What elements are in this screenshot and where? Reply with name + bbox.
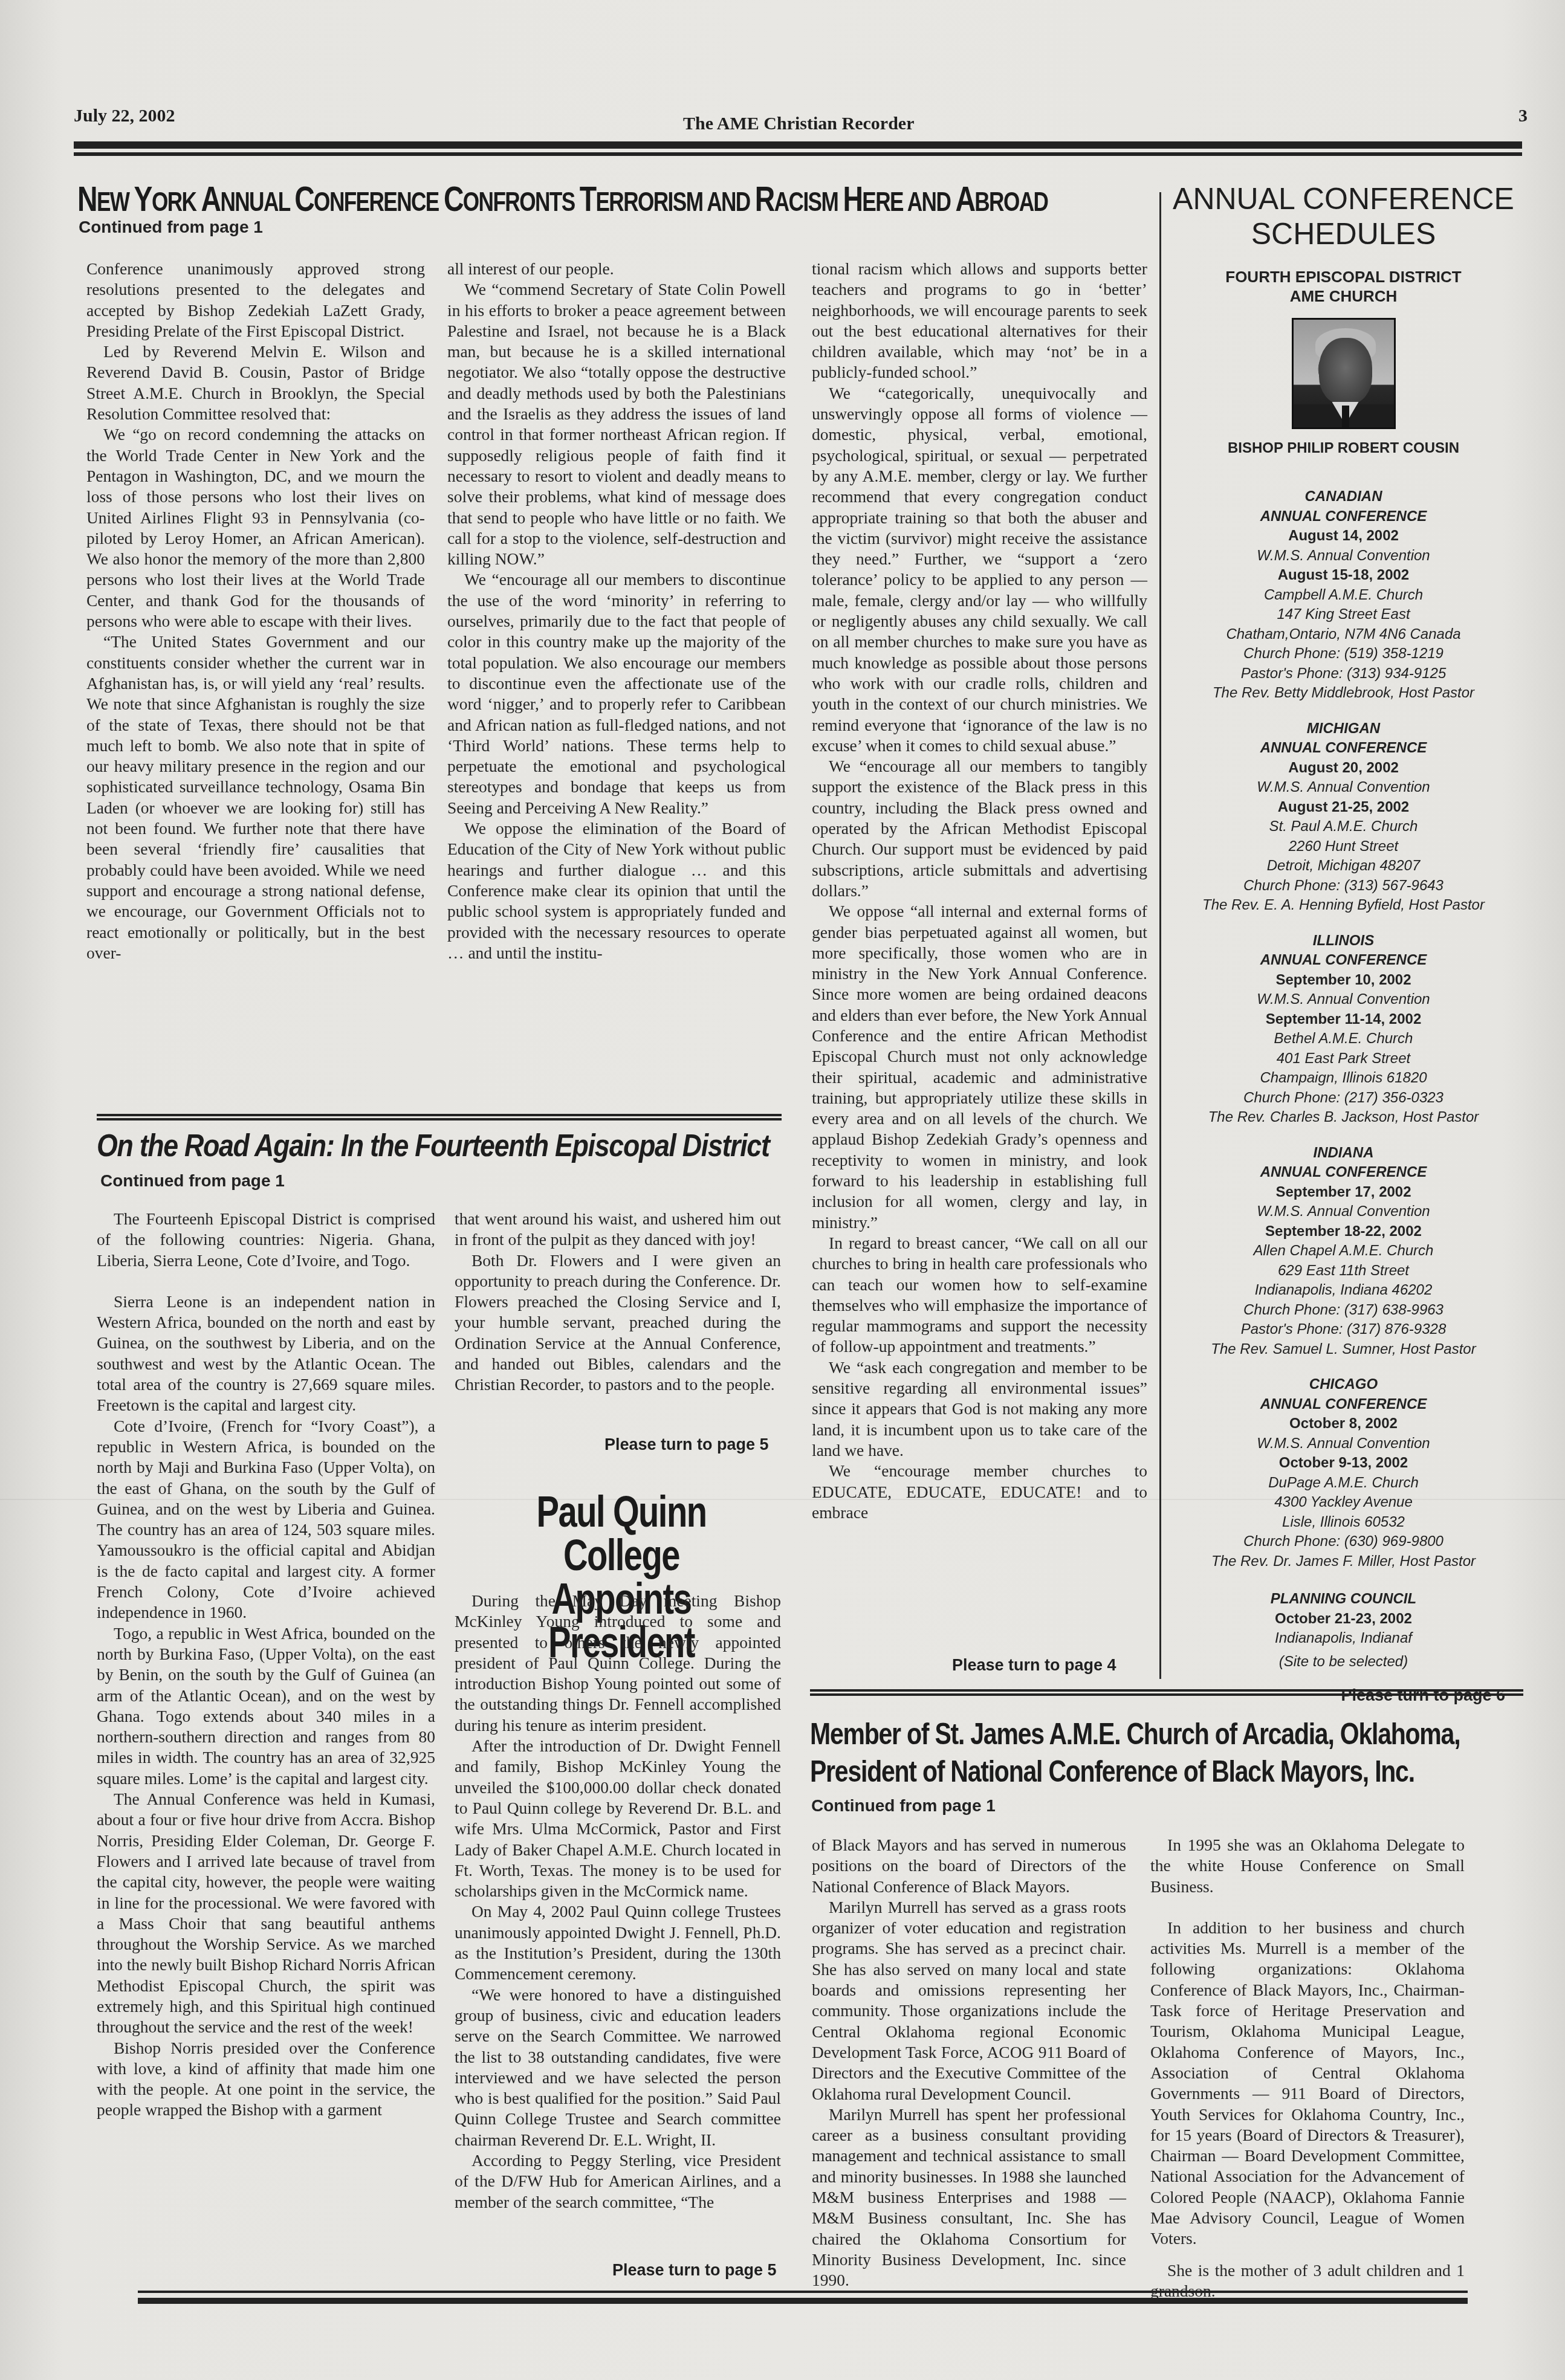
section-rule-mayor [810, 1689, 1523, 1696]
mayor-article-col-1: of Black Mayors and has served in numero… [812, 1835, 1126, 2291]
road-article-col-1: The Fourteenh Episcopal District is comp… [97, 1209, 435, 2121]
bishop-caption: BISHOP PHILIP ROBERT COUSIN [1170, 440, 1517, 457]
mayor-headline: Member of St. James A.M.E. Church of Arc… [810, 1715, 1460, 1790]
publication-name: The AME Christian Recorder [683, 114, 914, 134]
main-article-col-3: tional racism which allows and supports … [812, 259, 1147, 1523]
conference-indiana: INDIANA ANNUAL CONFERENCE September 17, … [1170, 1143, 1517, 1360]
main-headline: NEW YORK ANNUAL CONFERENCE CONFRONTS TER… [77, 179, 938, 219]
main-article-col-1: Conference unanimously approved strong r… [86, 259, 425, 963]
conference-illinois: ILLINOIS ANNUAL CONFERENCE September 10,… [1170, 931, 1517, 1128]
main-turn-page-link[interactable]: Please turn to page 4 [952, 1656, 1116, 1675]
bishop-photo [1292, 318, 1396, 429]
paul-quinn-turn-page-link[interactable]: Please turn to page 5 [612, 2261, 777, 2280]
page-number: 3 [1518, 106, 1528, 126]
mayor-article-col-2: In 1995 she was an Oklahoma Delegate to … [1150, 1835, 1465, 2301]
road-article-col-2: that went around his waist, and ushered … [455, 1209, 781, 1395]
newspaper-page: July 22, 2002 The AME Christian Recorder… [0, 0, 1565, 2380]
issue-date: July 22, 2002 [74, 106, 175, 126]
schedules-title: ANNUAL CONFERENCE SCHEDULES [1170, 181, 1517, 251]
schedule-column-divider [1159, 192, 1161, 1679]
masthead-rule [74, 141, 1522, 160]
road-turn-page-link[interactable]: Please turn to page 5 [604, 1435, 769, 1454]
conference-canadian: CANADIAN ANNUAL CONFERENCE August 14, 20… [1170, 487, 1517, 703]
section-rule-road [97, 1114, 782, 1121]
conference-michigan: MICHIGAN ANNUAL CONFERENCE August 20, 20… [1170, 719, 1517, 916]
planning-council: PLANNING COUNCIL October 21-23, 2002 Ind… [1170, 1589, 1517, 1672]
mayor-continued-label: Continued from page 1 [811, 1796, 996, 1816]
conference-chicago: CHICAGO ANNUAL CONFERENCE October 8, 200… [1170, 1375, 1517, 1571]
main-continued-label: Continued from page 1 [79, 218, 263, 237]
paul-quinn-article: During the May Day meeting Bishop McKinl… [455, 1591, 781, 2213]
district-name: FOURTH EPISCOPAL DISTRICT AME CHURCH [1170, 267, 1517, 306]
conference-schedules: ANNUAL CONFERENCE SCHEDULES FOURTH EPISC… [1170, 181, 1517, 1705]
road-continued-label: Continued from page 1 [100, 1171, 285, 1191]
footer-rule [138, 2291, 1468, 2306]
main-article-col-2: all interest of our people. We “commend … [447, 259, 786, 963]
road-headline: On the Road Again: In the Fourteenth Epi… [97, 1128, 770, 1164]
